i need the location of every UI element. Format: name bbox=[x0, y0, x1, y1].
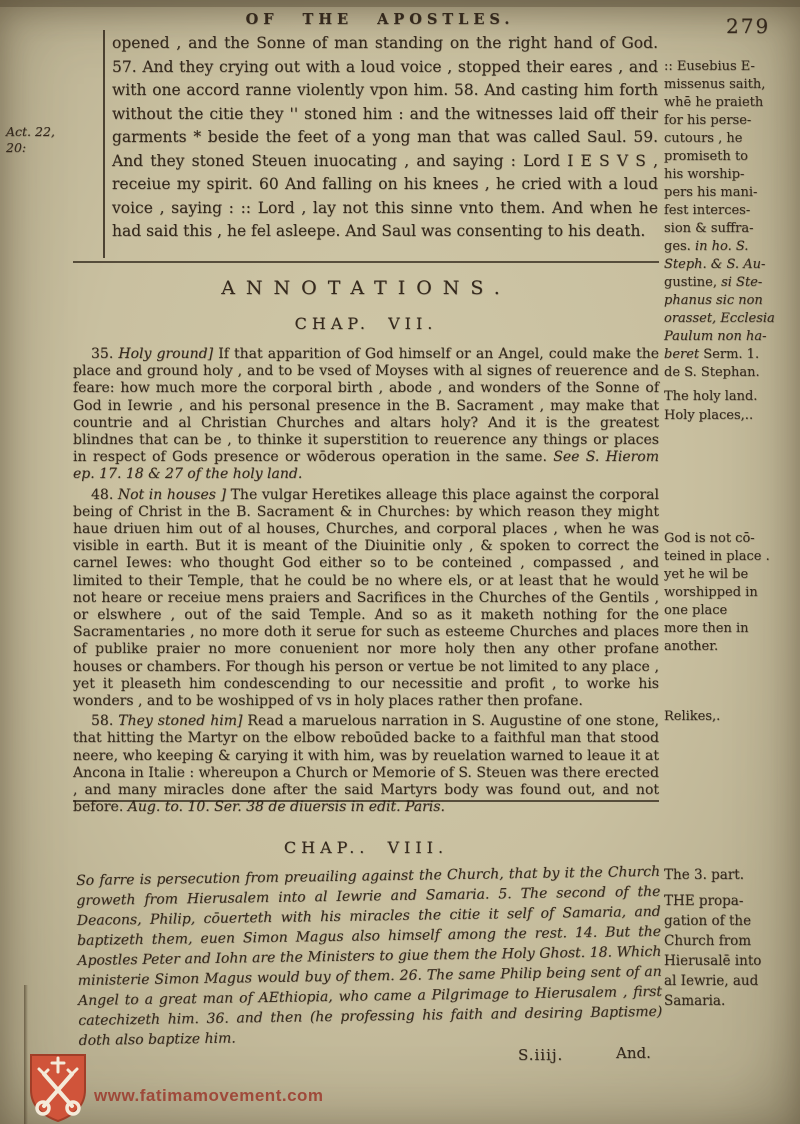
website-watermark: www.fatimamovement.com bbox=[94, 1086, 324, 1106]
page-edge-shadow-top bbox=[0, 0, 800, 7]
quire-signature-mark: S.iiij. bbox=[518, 1046, 563, 1064]
margin-note-eusebius-roman-2: gustine, bbox=[664, 275, 721, 290]
annotation-paragraph-48: 48. Not in houses ] The vulgar Heretikes… bbox=[73, 487, 659, 711]
margin-note-eusebius: :: Eusebius E- missenus saith, whē he pr… bbox=[664, 58, 797, 382]
running-title: OF THE APOSTLES. bbox=[0, 11, 760, 28]
annotations-body: 35. Holy ground] If that apparition of G… bbox=[73, 346, 659, 819]
catchword: And. bbox=[616, 1044, 651, 1062]
chapter8-heading: CHAP.. VIII. bbox=[73, 838, 659, 857]
margin-note-god-not-conteined: God is not cō- teined in place . yet he … bbox=[664, 530, 797, 656]
chapter7-heading: CHAP. VII. bbox=[73, 314, 659, 333]
margin-note-relikes: Relikes,. bbox=[664, 708, 797, 726]
annotation-58-number: 58. bbox=[91, 713, 113, 729]
scanned-book-page: OF THE APOSTLES. 279 Act. 22, 20: opened… bbox=[0, 0, 800, 1124]
text-block-left-rule bbox=[103, 30, 105, 258]
annotation-35-lemma: Holy ground] bbox=[118, 346, 213, 362]
scripture-text-acts7: opened , and the Sonne of man standing o… bbox=[112, 32, 658, 244]
section-divider-rule-top bbox=[73, 261, 659, 263]
annotation-35-number: 35. bbox=[91, 346, 113, 362]
annotation-48-text: The vulgar Heretikes alleage this place … bbox=[73, 487, 659, 709]
margin-note-third-part: The 3. part. bbox=[664, 866, 797, 884]
annotation-58-lemma: They stoned him] bbox=[118, 713, 242, 729]
section-divider-rule-bottom bbox=[73, 800, 659, 802]
margin-note-holy-land: The holy land. bbox=[664, 388, 797, 406]
annotation-paragraph-35: 35. Holy ground] If that apparition of G… bbox=[73, 346, 659, 484]
left-margin-scripture-reference: Act. 22, 20: bbox=[6, 124, 76, 156]
chapter8-argument-summary: So farre is persecution from preuailing … bbox=[76, 862, 663, 1051]
annotation-35-text: If that apparition of God himself or an … bbox=[73, 346, 659, 465]
page-number: 279 bbox=[726, 14, 770, 38]
margin-note-eusebius-roman-1: :: Eusebius E- missenus saith, whē he pr… bbox=[664, 59, 765, 254]
annotation-48-number: 48. bbox=[91, 487, 113, 503]
margin-note-holy-places: Holy places,.. bbox=[664, 407, 797, 425]
crossed-keys-shield-logo bbox=[27, 1050, 89, 1124]
margin-note-propagation: THE propa- gation of the Church from Hie… bbox=[664, 891, 797, 1011]
annotations-heading: ANNOTATIONS. bbox=[73, 277, 659, 299]
annotation-48-lemma: Not in houses ] bbox=[118, 487, 226, 503]
